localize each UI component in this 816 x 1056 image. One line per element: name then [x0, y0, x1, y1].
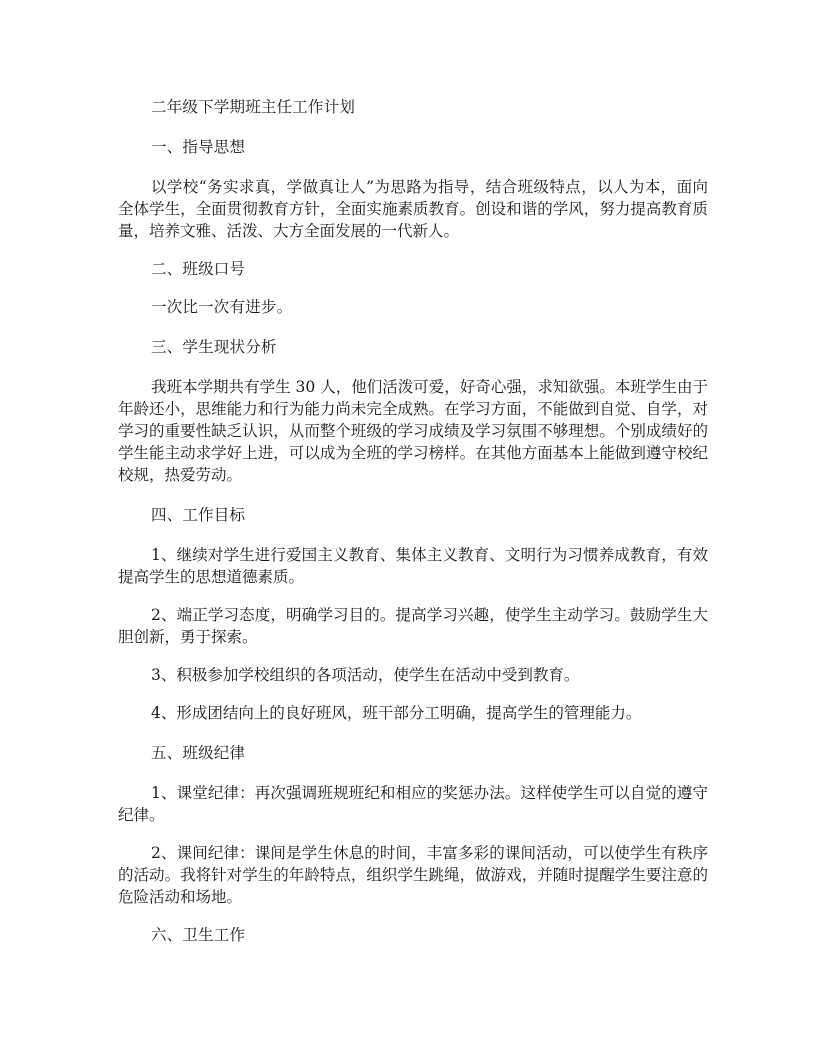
section-5-paragraph-2: 2、课间纪律：课间是学生休息的时间，丰富多彩的课间活动，可以使学生有秩序的活动。… [118, 842, 708, 908]
section-5-paragraph-1: 1、课堂纪律：再次强调班规班纪和相应的奖惩办法。这样使学生可以自觉的遵守纪律。 [118, 782, 708, 826]
section-heading-4: 四、工作目标 [151, 504, 245, 526]
section-4-paragraph-2: 2、端正学习态度，明确学习目的。提高学习兴趣，使学生主动学习。鼓励学生大胆创新，… [118, 604, 708, 648]
section-heading-3: 三、学生现状分析 [151, 336, 277, 358]
section-4-paragraph-4: 4、形成团结向上的良好班风，班干部分工明确，提高学生的管理能力。 [118, 702, 708, 724]
section-2-paragraph-1: 一次比一次有进步。 [151, 296, 292, 318]
section-4-paragraph-1: 1、继续对学生进行爱国主义教育、集体主义教育、文明行为习惯养成教育，有效提高学生… [118, 544, 708, 588]
section-1-paragraph-1: 以学校“务实求真，学做真让人”为思路为指导，结合班级特点，以人为本，面向全体学生… [118, 176, 708, 242]
section-3-paragraph-1: 我班本学期共有学生 30 人，他们活泼可爱，好奇心强，求知欲强。本班学生由于年龄… [118, 376, 708, 486]
section-heading-5: 五、班级纪律 [151, 742, 245, 764]
section-heading-2: 二、班级口号 [151, 258, 245, 280]
document-title: 二年级下学期班主任工作计划 [151, 96, 355, 118]
section-heading-1: 一、指导思想 [151, 136, 245, 158]
section-4-paragraph-3: 3、积极参加学校组织的各项活动，使学生在活动中受到教育。 [118, 664, 708, 686]
section-heading-6: 六、卫生工作 [151, 924, 245, 946]
